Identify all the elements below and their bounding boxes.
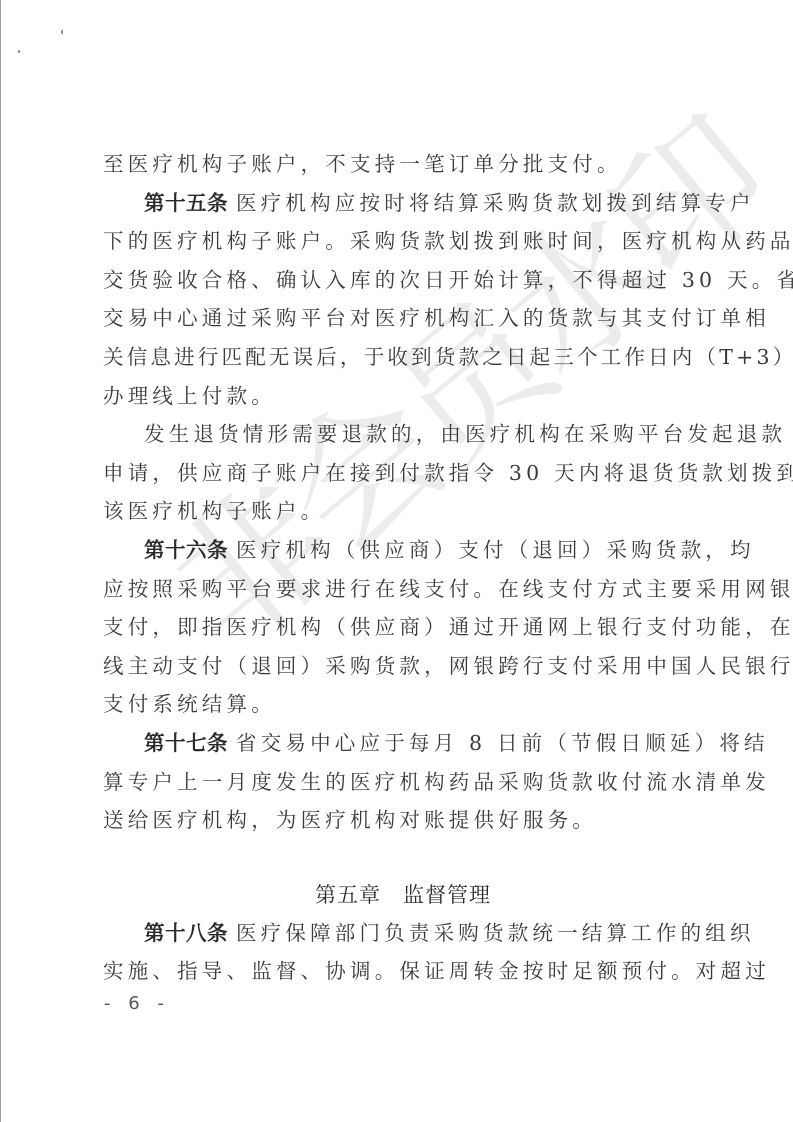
article-heading: 第十六条 [144,538,228,562]
text-line: 申请，供应商子账户在接到付款指令 30 天内将退货货款划拨到 [103,454,703,493]
text-line: 关信息进行匹配无误后，于收到货款之日起三个工作日内（T+3） [103,338,703,377]
text-line: 下的医疗机构子账户。采购货款划拨到账时间，医疗机构从药品 [103,222,703,261]
scan-page-edge [0,0,1,1122]
text-line: 医疗保障部门负责采购货款统一结算工作的组织 [236,921,755,945]
article-18-first-line: 第十八条医疗保障部门负责采购货款统一结算工作的组织 [103,914,703,953]
text-line: 算专户上一月度发生的医疗机构药品采购货款收付流水清单发 [103,763,703,802]
text-line: 送给医疗机构，为医疗机构对账提供好服务。 [103,801,703,840]
article-15-first-line: 第十五条医疗机构应按时将结算采购货款划拨到结算专户 [103,184,703,223]
document-body: 至医疗机构子账户，不支持一笔订单分批支付。 第十五条医疗机构应按时将结算采购货款… [103,145,703,991]
text-line: 办理线上付款。 [103,377,703,416]
text-line: 交货验收合格、确认入库的次日开始计算，不得超过 30 天。省 [103,261,703,300]
text-line: 医疗机构应按时将结算采购货款划拨到结算专户 [236,191,755,215]
page-number: - 6 - [104,993,170,1014]
text-line: 该医疗机构子账户。 [103,492,703,531]
article-heading: 第十五条 [144,191,228,215]
text-line: 医疗机构（供应商）支付（退回）采购货款，均 [236,538,755,562]
text-line: 应按照采购平台要求进行在线支付。在线支付方式主要采用网银 [103,570,703,609]
text-line: 发生退货情形需要退款的，由医疗机构在采购平台发起退款 [103,415,703,454]
article-17-first-line: 第十七条省交易中心应于每月 8 日前（节假日顺延）将结 [103,724,703,763]
scan-speck [18,50,20,53]
text-line: 支付，即指医疗机构（供应商）通过开通网上银行支付功能，在 [103,608,703,647]
article-heading: 第十八条 [144,921,228,945]
chapter-title: 监督管理 [403,883,491,907]
chapter-number: 第五章 [315,883,381,907]
text-line: 实施、指导、监督、协调。保证周转金按时足额预付。对超过 [103,952,703,991]
article-heading: 第十七条 [144,731,228,755]
scan-speck [61,30,63,34]
article-16-first-line: 第十六条医疗机构（供应商）支付（退回）采购货款，均 [103,531,703,570]
text-line: 交易中心通过采购平台对医疗机构汇入的货款与其支付订单相 [103,299,703,338]
text-line: 至医疗机构子账户，不支持一笔订单分批支付。 [103,145,703,184]
text-line: 支付系统结算。 [103,685,703,724]
chapter-heading: 第五章监督管理 [103,876,703,914]
text-line: 省交易中心应于每月 8 日前（节假日顺延）将结 [236,731,769,755]
text-line: 线主动支付（退回）采购货款，网银跨行支付采用中国人民银行 [103,647,703,686]
